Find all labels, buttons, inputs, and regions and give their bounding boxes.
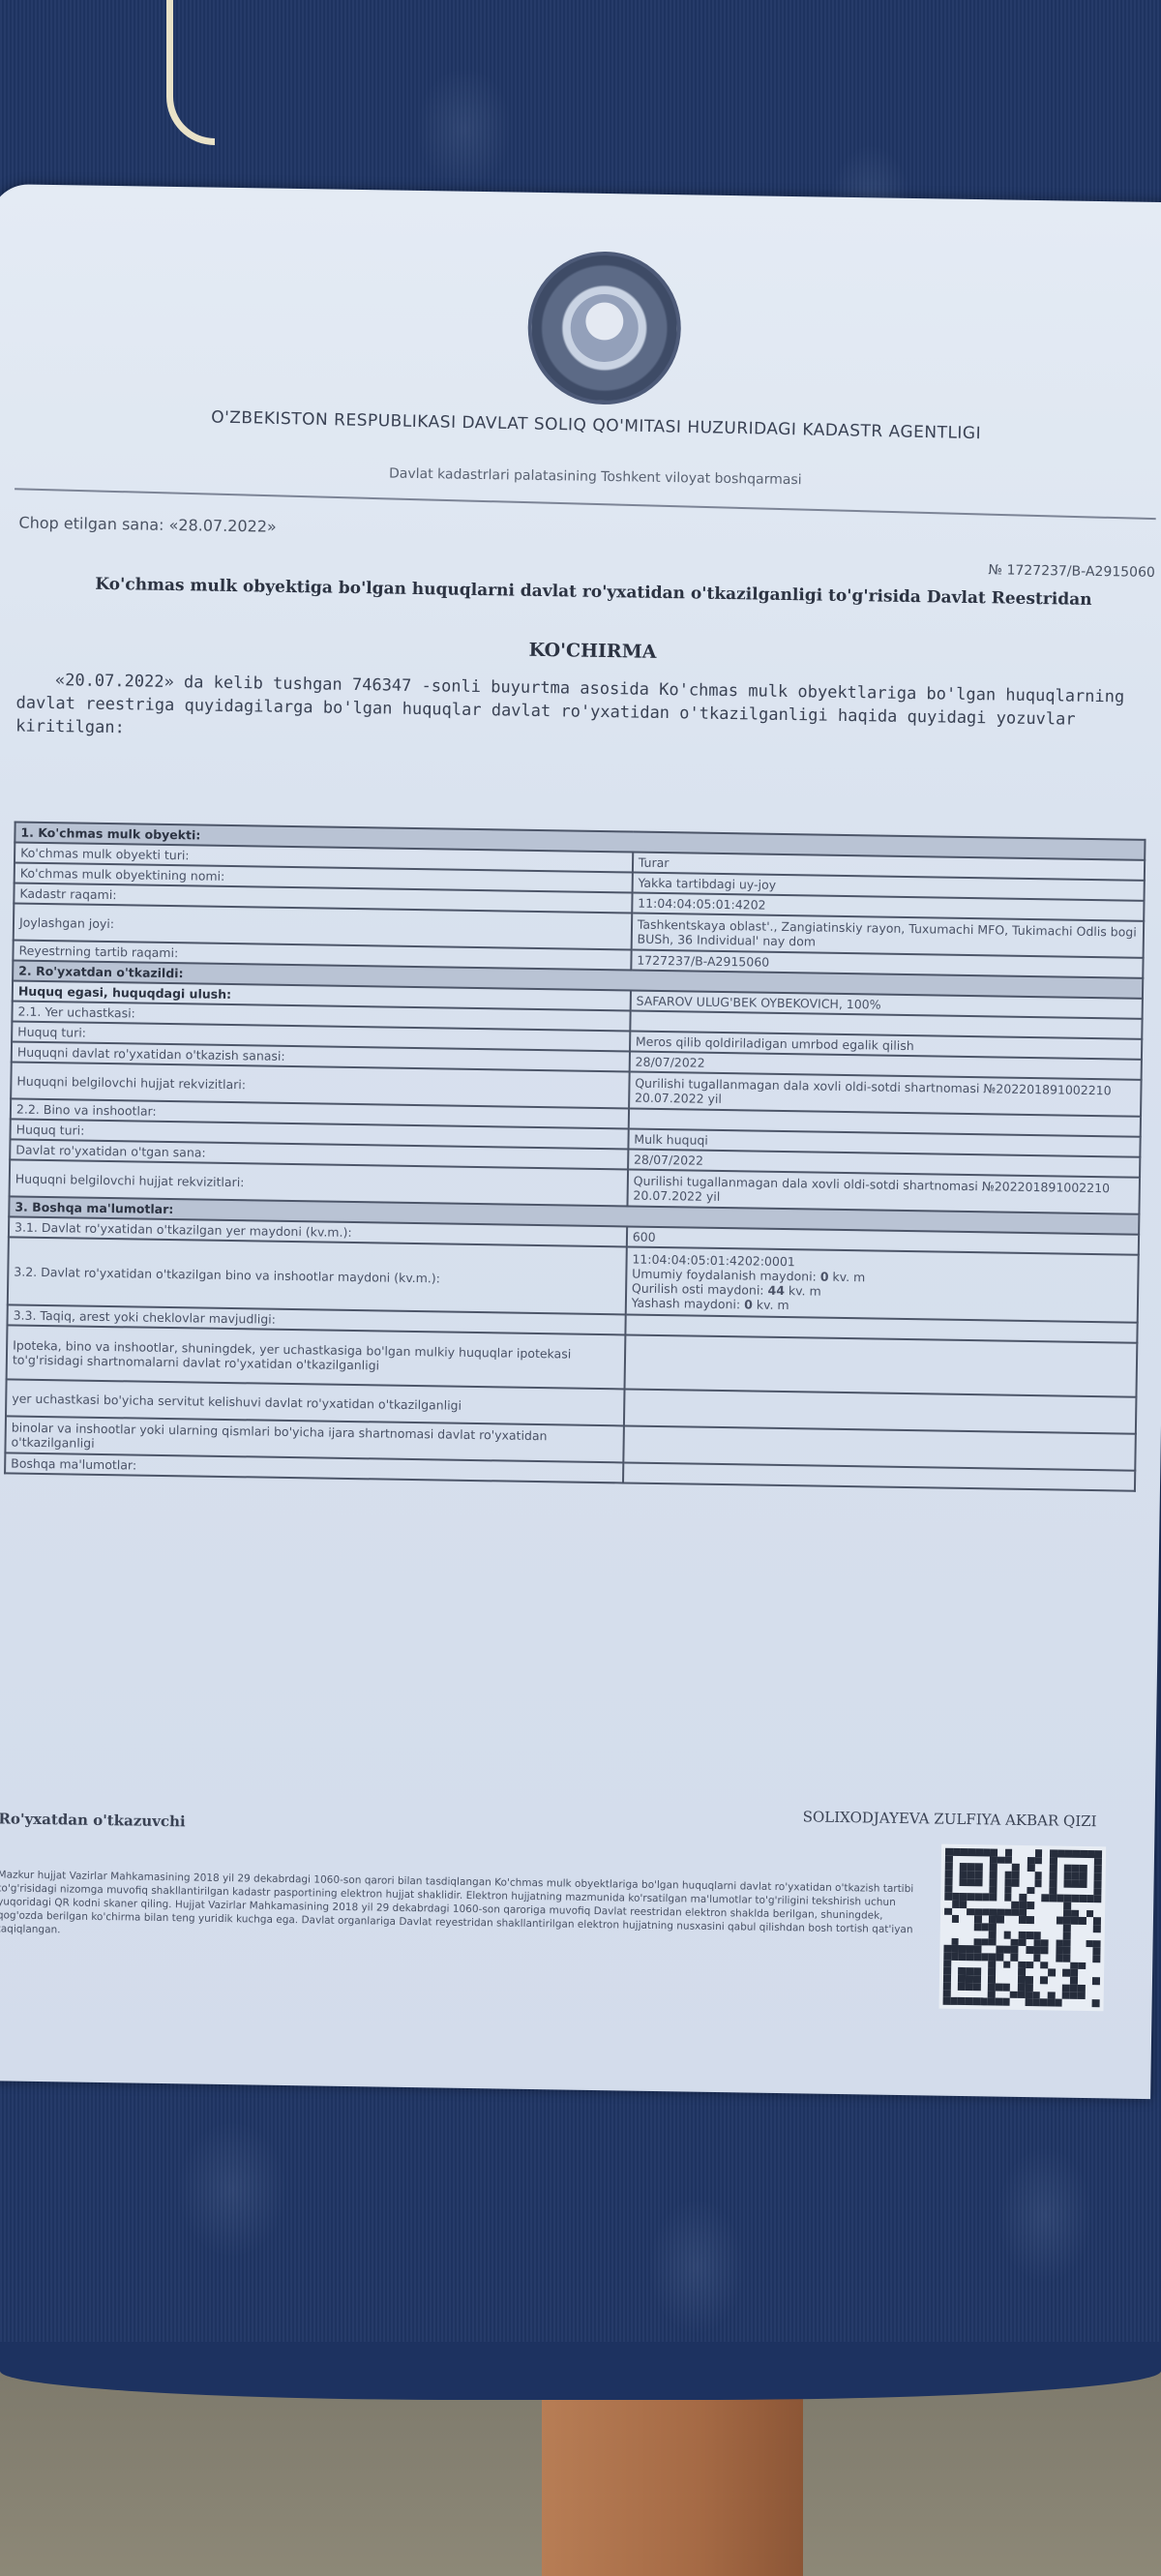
row-value: 11:04:04:05:01:4202:0001 Umumiy foydalan… <box>626 1246 1139 1322</box>
registrar-label: Ro'yxatdan o'tkazuvchi <box>0 1810 186 1830</box>
cloth-edge <box>0 2342 1161 2400</box>
row-label: 3.2. Davlat ro'yxatidan o'tkazilgan bino… <box>8 1237 627 1314</box>
document-title: Ko'chmas mulk obyektiga bo'lgan huquqlar… <box>51 572 1135 613</box>
leg <box>542 2390 803 2576</box>
metal-ring <box>166 0 215 145</box>
row-value <box>624 1334 1137 1396</box>
intro-paragraph: «20.07.2022» da kelib tushgan 746347 -so… <box>15 668 1139 755</box>
agency-name: O'ZBEKISTON RESPUBLIKASI DAVLAT SOLIQ QO… <box>112 405 1080 445</box>
print-date: Chop etilgan sana: «28.07.2022» <box>18 514 277 536</box>
branch-name: Davlat kadastrlari palatasining Toshkent… <box>208 464 982 492</box>
legal-note: Mazkur hujjat Vazirlar Mahkamasining 201… <box>0 1868 927 1950</box>
state-emblem-icon <box>527 251 682 405</box>
document-subtitle: KO'CHIRMA <box>50 632 1134 671</box>
registrar-name: SOLIXODJAYEVA ZULFIYA AKBAR QIZI <box>803 1808 1097 1830</box>
qr-code-icon[interactable] <box>939 1844 1107 2012</box>
document-page: O'ZBEKISTON RESPUBLIKASI DAVLAT SOLIQ QO… <box>0 184 1161 2099</box>
registry-table: 1. Ko'chmas mulk obyekti: Ko'chmas mulk … <box>4 821 1146 1491</box>
row-label: Ipoteka, bino va inshootlar, shuningdek,… <box>7 1325 626 1389</box>
divider <box>15 488 1156 520</box>
reference-number: № 1727237/B-A2915060 <box>988 562 1155 581</box>
